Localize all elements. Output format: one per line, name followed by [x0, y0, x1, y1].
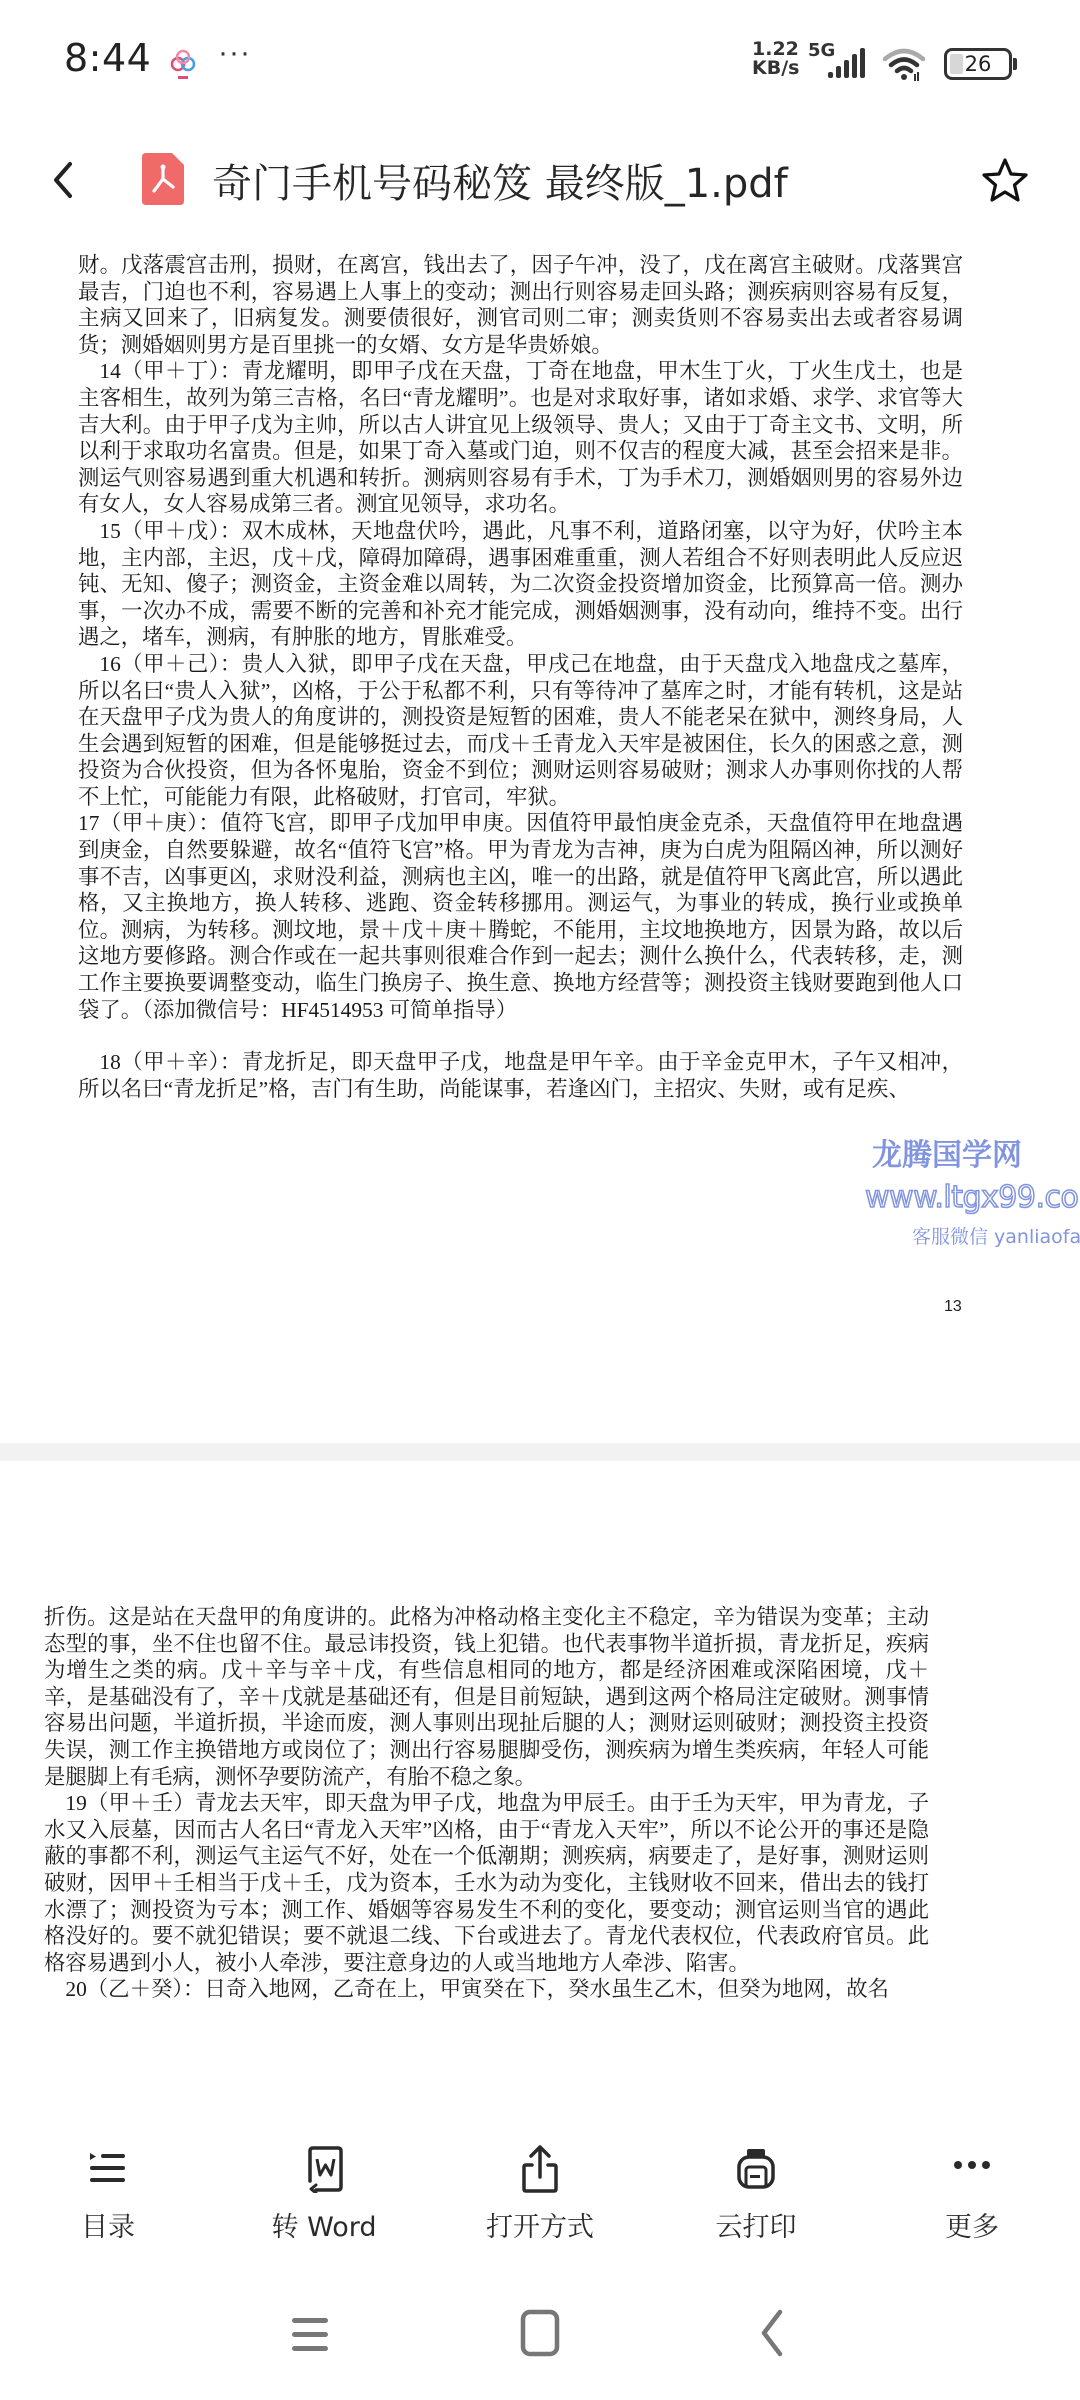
wifi-icon	[882, 46, 926, 82]
battery-tip	[1013, 58, 1017, 70]
recent-apps-icon[interactable]	[280, 2304, 340, 2364]
cloud-print-icon	[736, 2145, 776, 2193]
app-notification-icon	[168, 48, 198, 84]
bottom-toolbar: 目录 转 Word 打开方式 云打印 更多	[0, 2135, 1080, 2255]
system-navigation-bar	[0, 2290, 1080, 2380]
paragraph-20: 20（乙＋癸）：日奇入地网，乙奇在上，甲寅癸在下，癸水虽生乙木，但癸为地网，故名	[44, 1976, 929, 2003]
share-open-with-icon	[520, 2145, 560, 2193]
convert-word-icon	[304, 2145, 344, 2193]
open-with-button[interactable]: 打开方式	[432, 2135, 648, 2255]
network-speed-unit: KB/s	[752, 59, 799, 78]
page-number: 13	[944, 1298, 962, 1316]
document-title: 奇门手机号码秘笈 最终版_1.pdf	[212, 152, 788, 209]
status-bar: 8:44 ··· 1.22 KB/s 5G 26	[0, 0, 1080, 120]
back-arrow-icon[interactable]	[44, 154, 84, 206]
toc-label: 目录	[0, 2205, 216, 2244]
pdf-file-icon	[142, 153, 184, 205]
paragraph-19: 19（甲＋壬）青龙去天牢，即天盘为甲子戊，地盘为甲辰壬。由于壬为天牢，甲为青龙，…	[44, 1790, 929, 1976]
paragraph-18-continued: 折伤。这是站在天盘甲的角度讲的。此格为冲格动格主变化主不稳定，辛为错误为变革；主…	[44, 1604, 929, 1790]
paragraph-14: 14（甲＋丁）：青龙耀明，即甲子戊在天盘，丁奇在地盘，甲木生丁火，丁火生戊土，也…	[78, 358, 963, 518]
watermark-contact: 客服微信 yanliaofan225	[912, 1222, 1080, 1249]
network-speed: 1.22 KB/s	[752, 40, 799, 78]
more-button[interactable]: 更多	[864, 2135, 1080, 2255]
home-icon[interactable]	[510, 2304, 570, 2364]
paragraph-16: 16（甲＋己）：贵人入狱，即甲子戊在天盘，甲戌己在地盘，由于天盘戊入地盘戌之墓库…	[78, 651, 963, 811]
watermark-site-url: www.ltgx99.com	[865, 1180, 1080, 1215]
toc-button[interactable]: 目录	[0, 2135, 216, 2255]
pdf-page-13: 财。戊落震宫击刑，损财，在离宫，钱出去了，因子午冲，没了，戊在离宫主破财。戊落巽…	[78, 252, 963, 1102]
watermark-site-name: 龙腾国学网	[872, 1130, 1022, 1174]
signal-strength-icon	[826, 46, 870, 80]
convert-word-button[interactable]: 转 Word	[216, 2135, 432, 2255]
star-outline-icon[interactable]	[980, 156, 1030, 206]
document-header: 奇门手机号码秘笈 最终版_1.pdf	[0, 130, 1080, 230]
paragraph-continued: 财。戊落震宫击刑，损财，在离宫，钱出去了，因子午冲，没了，戊在离宫主破财。戊落巽…	[78, 252, 963, 358]
battery-level: 26	[947, 51, 1009, 77]
status-time: 8:44	[64, 36, 151, 80]
paragraph-15: 15（甲＋戊）：双木成林，天地盘伏吟，遇此，凡事不利，道路闭塞，以守为好，伏吟主…	[78, 518, 963, 651]
more-notifications-icon: ···	[218, 36, 251, 70]
cloud-print-button[interactable]: 云打印	[648, 2135, 864, 2255]
pdf-page-14: 折伤。这是站在天盘甲的角度讲的。此格为冲格动格主变化主不稳定，辛为错误为变革；主…	[44, 1604, 929, 2003]
paragraph-spacer	[78, 1023, 963, 1049]
cloud-print-label: 云打印	[648, 2205, 864, 2244]
pdf-viewer[interactable]: 财。戊落震宫击刑，损财，在离宫，钱出去了，因子午冲，没了，戊在离宫主破财。戊落巽…	[0, 235, 1080, 2075]
paragraph-18: 18（甲＋辛）：青龙折足，即天盘甲子戊，地盘是甲午辛。由于辛金克甲木，子午又相冲…	[78, 1049, 963, 1102]
back-icon[interactable]	[740, 2304, 800, 2364]
more-label: 更多	[864, 2205, 1080, 2244]
page-separator	[0, 1443, 1080, 1461]
battery-indicator: 26	[944, 48, 1012, 80]
convert-word-label: 转 Word	[216, 2205, 432, 2244]
table-of-contents-icon	[88, 2145, 128, 2193]
open-with-label: 打开方式	[432, 2205, 648, 2244]
more-dots-icon	[952, 2145, 992, 2193]
paragraph-17: 17（甲＋庚）：值符飞宫，即甲子戊加甲申庚。因值符甲最怕庚金克杀，天盘值符甲在地…	[78, 810, 963, 1023]
